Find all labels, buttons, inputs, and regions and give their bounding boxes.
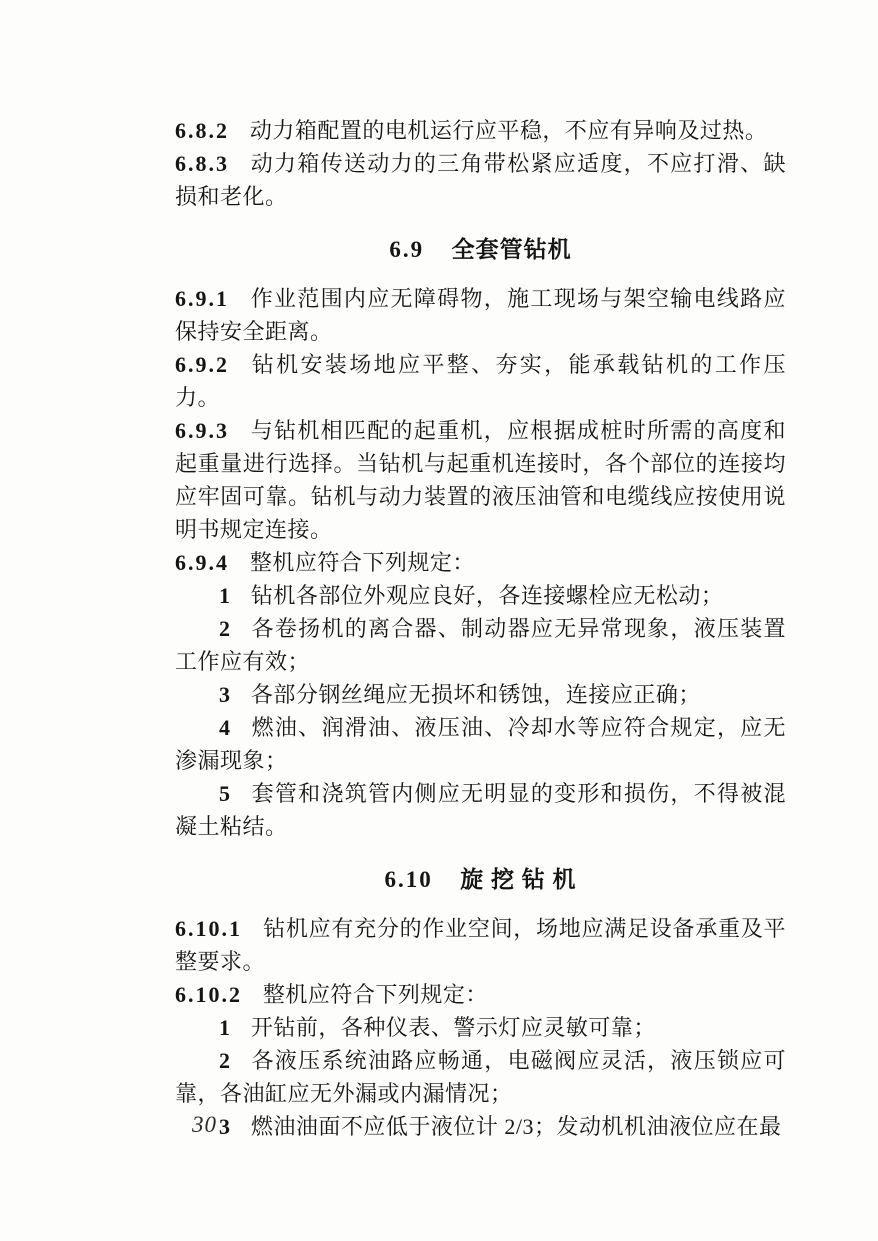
paragraph-text: 整机应符合下列规定： — [263, 982, 488, 1007]
paragraph-text: 钻机各部位外观应良好，各连接螺栓应无松动； — [251, 583, 724, 608]
paragraph-text: 燃油油面不应低于液位计 2/3；发动机机油液位应在最 — [251, 1114, 782, 1139]
paragraph-text: 与钻机相匹配的起重机，应根据成桩时所需的高度和起重量进行选择。当钻机与起重机连接… — [175, 418, 786, 542]
list-item: 3燃油油面不应低于液位计 2/3；发动机机油液位应在最 — [175, 1110, 786, 1143]
paragraph-text: 燃油、润滑油、液压油、冷却水等应符合规定，应无渗漏现象； — [175, 715, 786, 773]
list-item: 5套管和浇筑管内侧应无明显的变形和损伤，不得被混凝土粘结。 — [175, 777, 786, 843]
paragraph-text: 钻机应有充分的作业空间，场地应满足设备承重及平整要求。 — [175, 916, 786, 974]
clause-number: 5 — [219, 781, 230, 806]
paragraph-text: 套管和浇筑管内侧应无明显的变形和损伤，不得被混凝土粘结。 — [175, 781, 786, 839]
clause-number: 2 — [219, 616, 230, 641]
paragraph-text: 动力箱传送动力的三角带松紧应适度，不应打滑、缺损和老化。 — [175, 151, 786, 209]
clause-number: 3 — [219, 682, 230, 707]
document-page: 6.8.2动力箱配置的电机运行应平稳，不应有异响及过热。6.8.3动力箱传送动力… — [0, 0, 878, 1241]
paragraph-text: 作业范围内应无障碍物，施工现场与架空输电线路应保持安全距离。 — [175, 286, 786, 344]
section-heading: 6.10旋 挖 钻 机 — [175, 865, 786, 895]
clause-paragraph: 6.10.1钻机应有充分的作业空间，场地应满足设备承重及平整要求。 — [175, 912, 786, 978]
clause-number: 3 — [219, 1114, 230, 1139]
clause-number: 6.9.2 — [175, 352, 229, 377]
paragraph-text: 开钻前，各种仪表、警示灯应灵敏可靠； — [251, 1015, 656, 1040]
document-content: 6.8.2动力箱配置的电机运行应平稳，不应有异响及过热。6.8.3动力箱传送动力… — [175, 114, 786, 1143]
clause-number: 1 — [219, 1015, 230, 1040]
clause-number: 1 — [219, 583, 230, 608]
paragraph-text: 各卷扬机的离合器、制动器应无异常现象，液压装置工作应有效； — [175, 616, 786, 674]
section-heading: 6.9全套管钻机 — [175, 235, 786, 265]
clause-number: 6.8.2 — [175, 118, 229, 143]
clause-paragraph: 6.8.3动力箱传送动力的三角带松紧应适度，不应打滑、缺损和老化。 — [175, 147, 786, 213]
section-number: 6.9 — [389, 237, 424, 262]
page-number: 30 — [192, 1112, 217, 1138]
clause-paragraph: 6.9.2钻机安装场地应平整、夯实，能承载钻机的工作压力。 — [175, 348, 786, 414]
clause-number: 6.10.2 — [175, 982, 242, 1007]
paragraph-text: 动力箱配置的电机运行应平稳，不应有异响及过热。 — [250, 118, 768, 143]
list-item: 1钻机各部位外观应良好，各连接螺栓应无松动； — [175, 579, 786, 612]
paragraph-text: 整机应符合下列规定： — [250, 550, 475, 575]
paragraph-text: 钻机安装场地应平整、夯实，能承载钻机的工作压力。 — [175, 352, 786, 410]
list-item: 2各卷扬机的离合器、制动器应无异常现象，液压装置工作应有效； — [175, 612, 786, 678]
paragraph-text: 各部分钢丝绳应无损坏和锈蚀，连接应正确； — [251, 682, 701, 707]
clause-number: 4 — [219, 715, 230, 740]
section-title: 全套管钻机 — [452, 237, 572, 262]
list-item: 3各部分钢丝绳应无损坏和锈蚀，连接应正确； — [175, 678, 786, 711]
clause-number: 6.8.3 — [175, 151, 229, 176]
clause-paragraph: 6.10.2整机应符合下列规定： — [175, 978, 786, 1011]
clause-number: 6.10.1 — [175, 916, 242, 941]
clause-paragraph: 6.9.3与钻机相匹配的起重机，应根据成桩时所需的高度和起重量进行选择。当钻机与… — [175, 414, 786, 546]
section-number: 6.10 — [384, 867, 432, 892]
list-item: 2各液压系统油路应畅通，电磁阀应灵活，液压锁应可靠，各油缸应无外漏或内漏情况； — [175, 1044, 786, 1110]
clause-number: 6.9.3 — [175, 418, 229, 443]
section-title: 旋 挖 钻 机 — [460, 867, 576, 892]
clause-paragraph: 6.9.4整机应符合下列规定： — [175, 546, 786, 579]
clause-paragraph: 6.8.2动力箱配置的电机运行应平稳，不应有异响及过热。 — [175, 114, 786, 147]
clause-number: 2 — [219, 1048, 230, 1073]
clause-paragraph: 6.9.1作业范围内应无障碍物，施工现场与架空输电线路应保持安全距离。 — [175, 282, 786, 348]
list-item: 1开钻前，各种仪表、警示灯应灵敏可靠； — [175, 1011, 786, 1044]
clause-number: 6.9.4 — [175, 550, 229, 575]
paragraph-text: 各液压系统油路应畅通，电磁阀应灵活，液压锁应可靠，各油缸应无外漏或内漏情况； — [175, 1048, 786, 1106]
list-item: 4燃油、润滑油、液压油、冷却水等应符合规定，应无渗漏现象； — [175, 711, 786, 777]
clause-number: 6.9.1 — [175, 286, 229, 311]
